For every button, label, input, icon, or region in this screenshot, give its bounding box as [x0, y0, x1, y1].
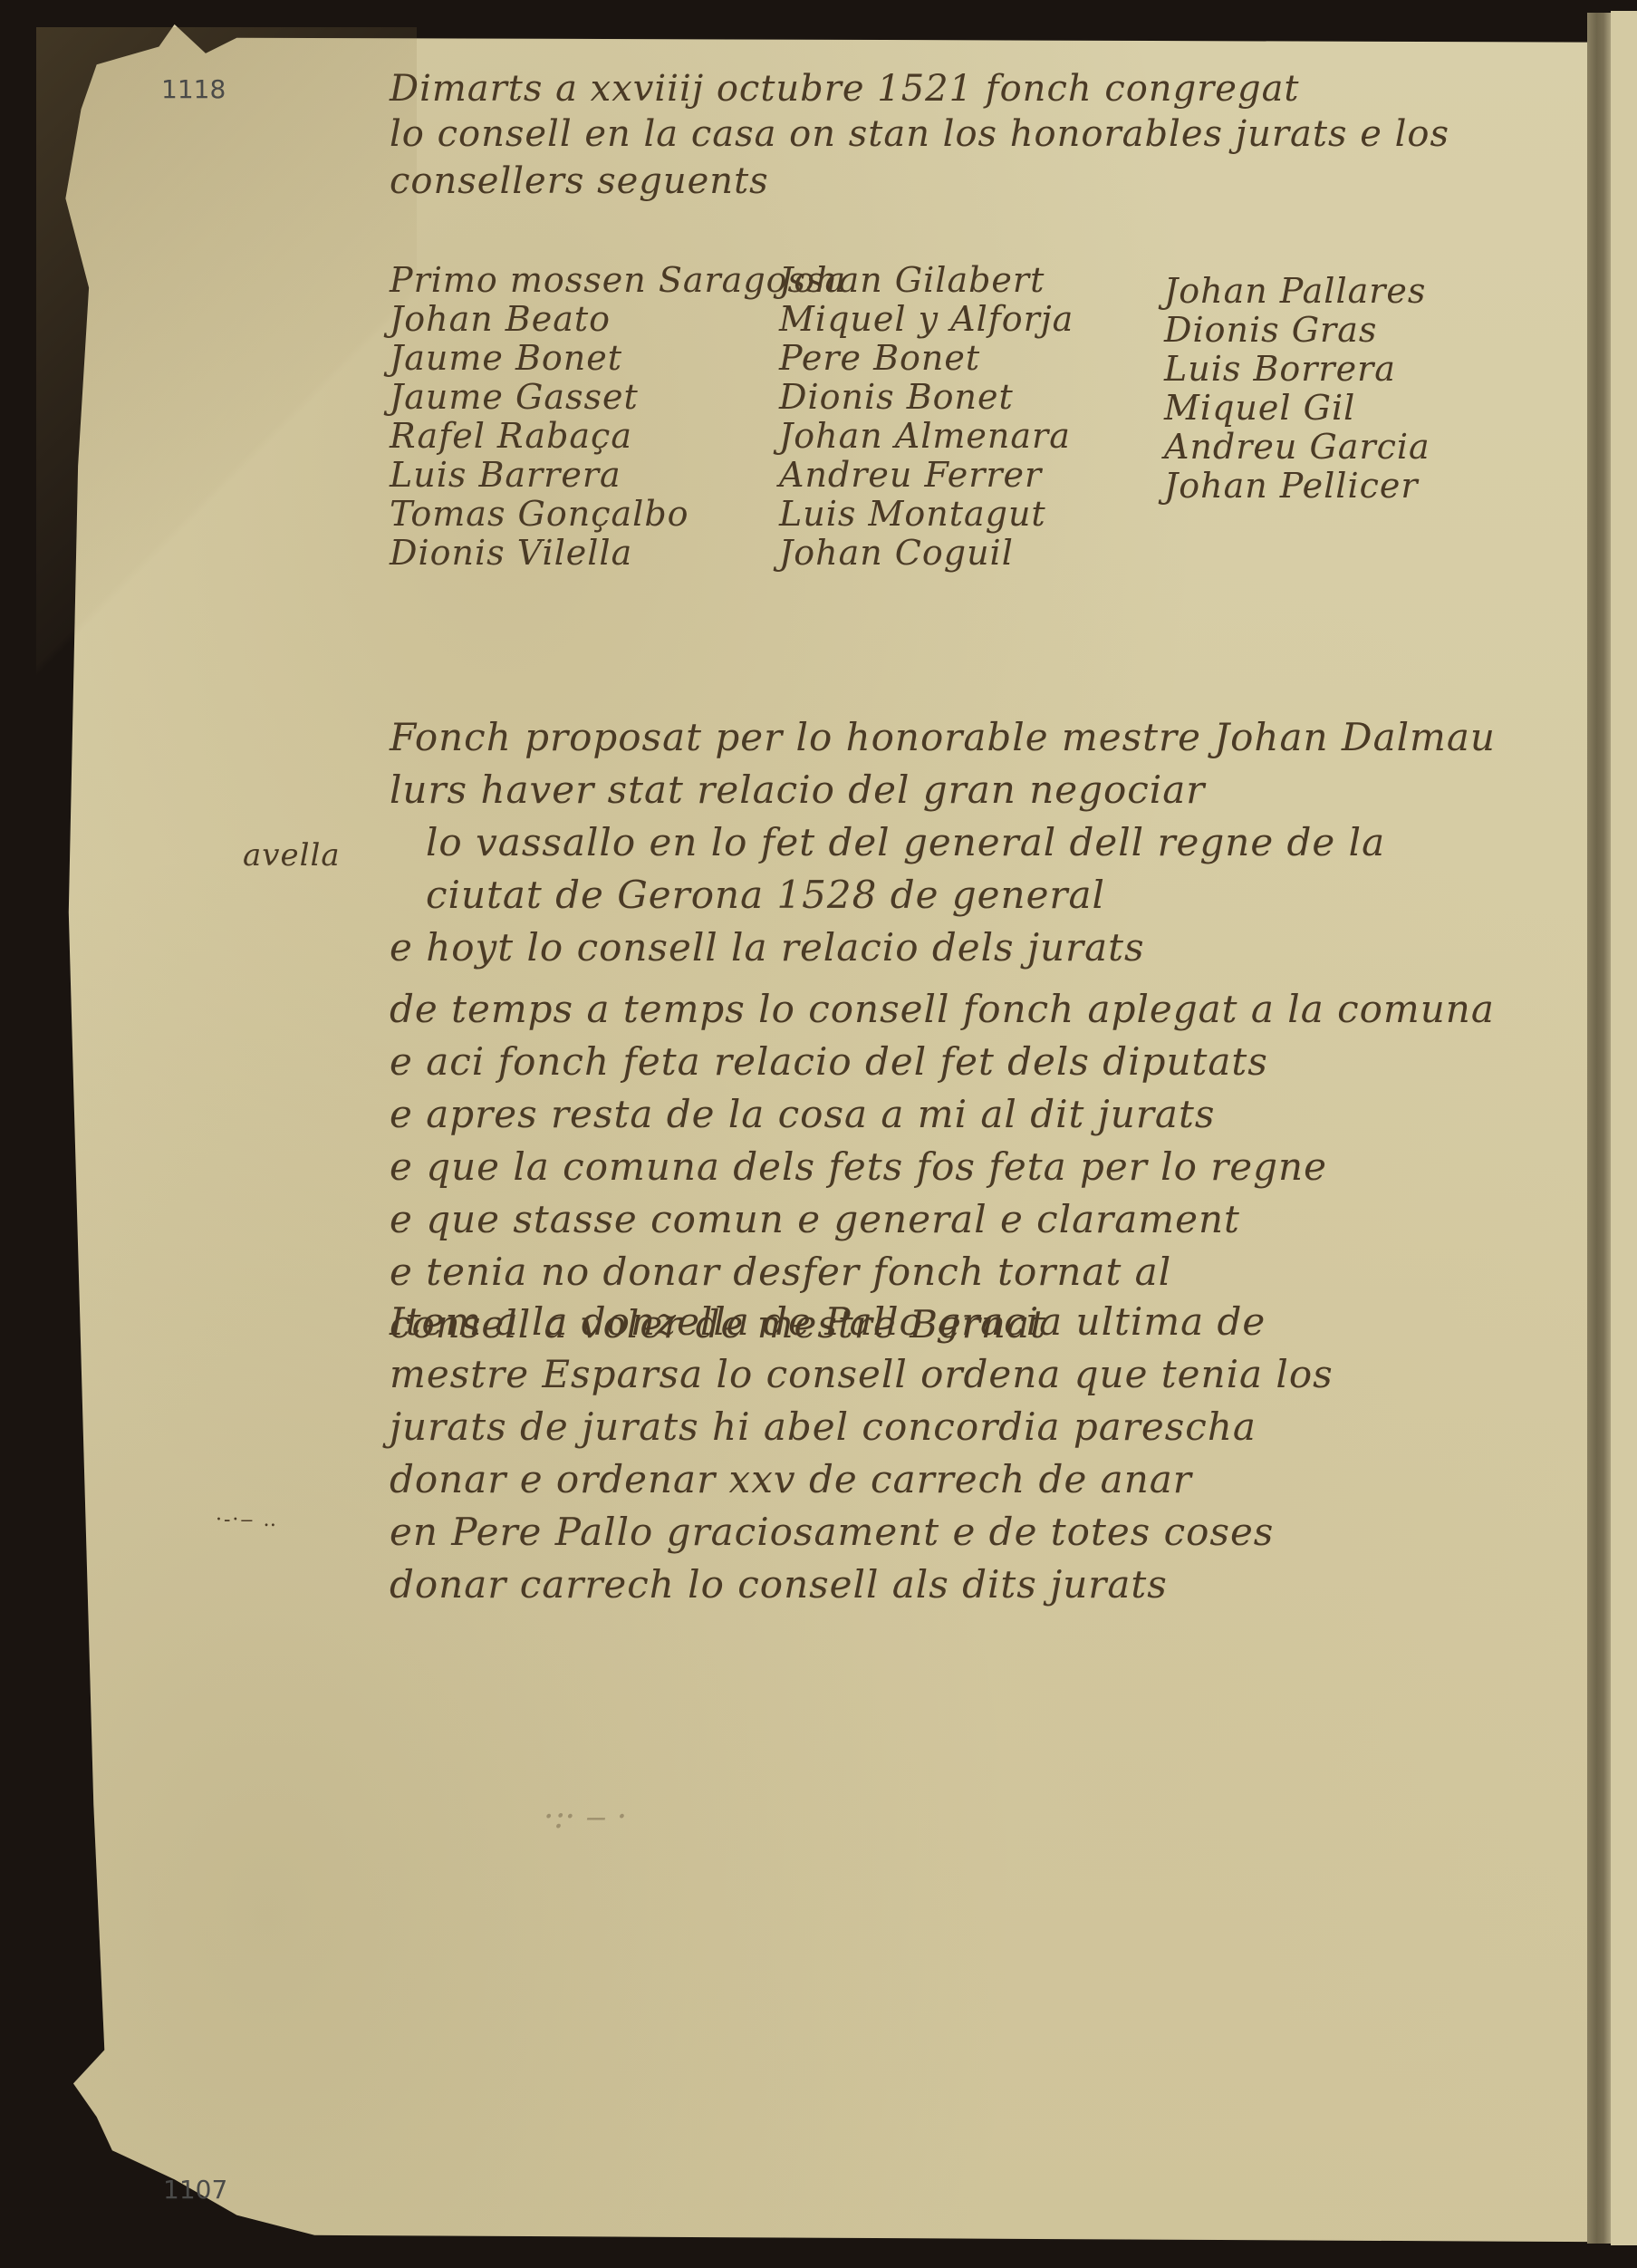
roster-entry: Dionis Gras — [1164, 311, 1430, 350]
roster-entry: Tomas Gonçalbo — [390, 495, 846, 534]
text-line: lurs haver stat relacio del gran negocia… — [390, 764, 1496, 816]
heading-line-1: Dimarts a xxviiij octubre 1521 fonch con… — [390, 63, 1300, 114]
folio-number-top: 1118 — [161, 74, 226, 104]
roster-entry: Dionis Bonet — [779, 378, 1074, 417]
roster-entry: Johan Almenara — [779, 417, 1074, 456]
roster-entry: Johan Pellicer — [1164, 467, 1430, 506]
text-line: e aci fonch feta relacio del fet dels di… — [390, 1036, 1496, 1088]
heading-line-3: consellers seguents — [390, 156, 769, 207]
text-line: Item a la donzella de Pallo gracia ultim… — [390, 1296, 1334, 1348]
heading-line-2: lo consell en la casa on stan los honora… — [390, 109, 1449, 159]
text-line: donar e ordenar xxv de carrech de anar — [390, 1453, 1334, 1506]
text-line: e tenia no donar desfer fonch tornat al — [390, 1246, 1496, 1298]
text-line: en Pere Pallo graciosament e de totes co… — [390, 1506, 1334, 1559]
folio-number-bottom: 1107 — [163, 2175, 227, 2205]
margin-mark: ·-·‒ ‥ — [216, 1509, 278, 1531]
roster-entry: Rafel Rabaça — [390, 417, 846, 456]
roster-entry: Jaume Gasset — [390, 378, 846, 417]
roster-entry: Jaume Bonet — [390, 339, 846, 378]
text-line: Fonch proposat per lo honorable mestre J… — [390, 711, 1496, 764]
binding-gutter — [1587, 13, 1611, 2244]
roster-col3: Johan Pallares Dionis Gras Luis Borrera … — [1164, 272, 1430, 506]
roster-entry: Johan Coguil — [779, 534, 1074, 573]
roster-entry: Primo mossen Saragossa — [390, 261, 846, 300]
roster-entry: Andreu Garcia — [1164, 428, 1430, 467]
roster-entry: Miquel Gil — [1164, 389, 1430, 428]
adjacent-page-edge — [1611, 11, 1637, 2245]
text-line: lo vassallo en lo fet del general dell r… — [390, 816, 1496, 869]
roster-col2: Johan Gilabert Miquel y Alforja Pere Bon… — [779, 261, 1074, 573]
faint-offset-trace: ·:· ‒ · — [544, 1799, 627, 1836]
margin-note: avella — [243, 829, 341, 882]
text-line: e hoyt lo consell la relacio dels jurats — [390, 922, 1496, 974]
roster-entry: Luis Barrera — [390, 456, 846, 495]
roster-entry: Johan Pallares — [1164, 272, 1430, 311]
text-line: e apres resta de la cosa a mi al dit jur… — [390, 1088, 1496, 1141]
text-line: e que stasse comun e general e clarament — [390, 1193, 1496, 1246]
roster-entry: Johan Gilabert — [779, 261, 1074, 300]
roster-col1: Primo mossen Saragossa Johan Beato Jaume… — [390, 261, 846, 573]
text-line: ciutat de Gerona 1528 de general — [390, 869, 1496, 922]
text-line: donar carrech lo consell als dits jurats — [390, 1559, 1334, 1611]
text-line: de temps a temps lo consell fonch aplega… — [390, 983, 1496, 1036]
roster-entry: Dionis Vilella — [390, 534, 846, 573]
paragraph-1: Fonch proposat per lo honorable mestre J… — [390, 711, 1496, 1351]
roster-entry: Miquel y Alforja — [779, 300, 1074, 339]
text-line: e que la comuna dels fets fos feta per l… — [390, 1141, 1496, 1193]
roster-entry: Luis Montagut — [779, 495, 1074, 534]
roster-entry: Luis Borrera — [1164, 350, 1430, 389]
paragraph-2: Item a la donzella de Pallo gracia ultim… — [390, 1296, 1334, 1611]
text-line: jurats de jurats hi abel concordia pares… — [390, 1401, 1334, 1453]
roster-entry: Andreu Ferrer — [779, 456, 1074, 495]
text-line: mestre Esparsa lo consell ordena que ten… — [390, 1348, 1334, 1401]
roster-entry: Johan Beato — [390, 300, 846, 339]
roster-entry: Pere Bonet — [779, 339, 1074, 378]
